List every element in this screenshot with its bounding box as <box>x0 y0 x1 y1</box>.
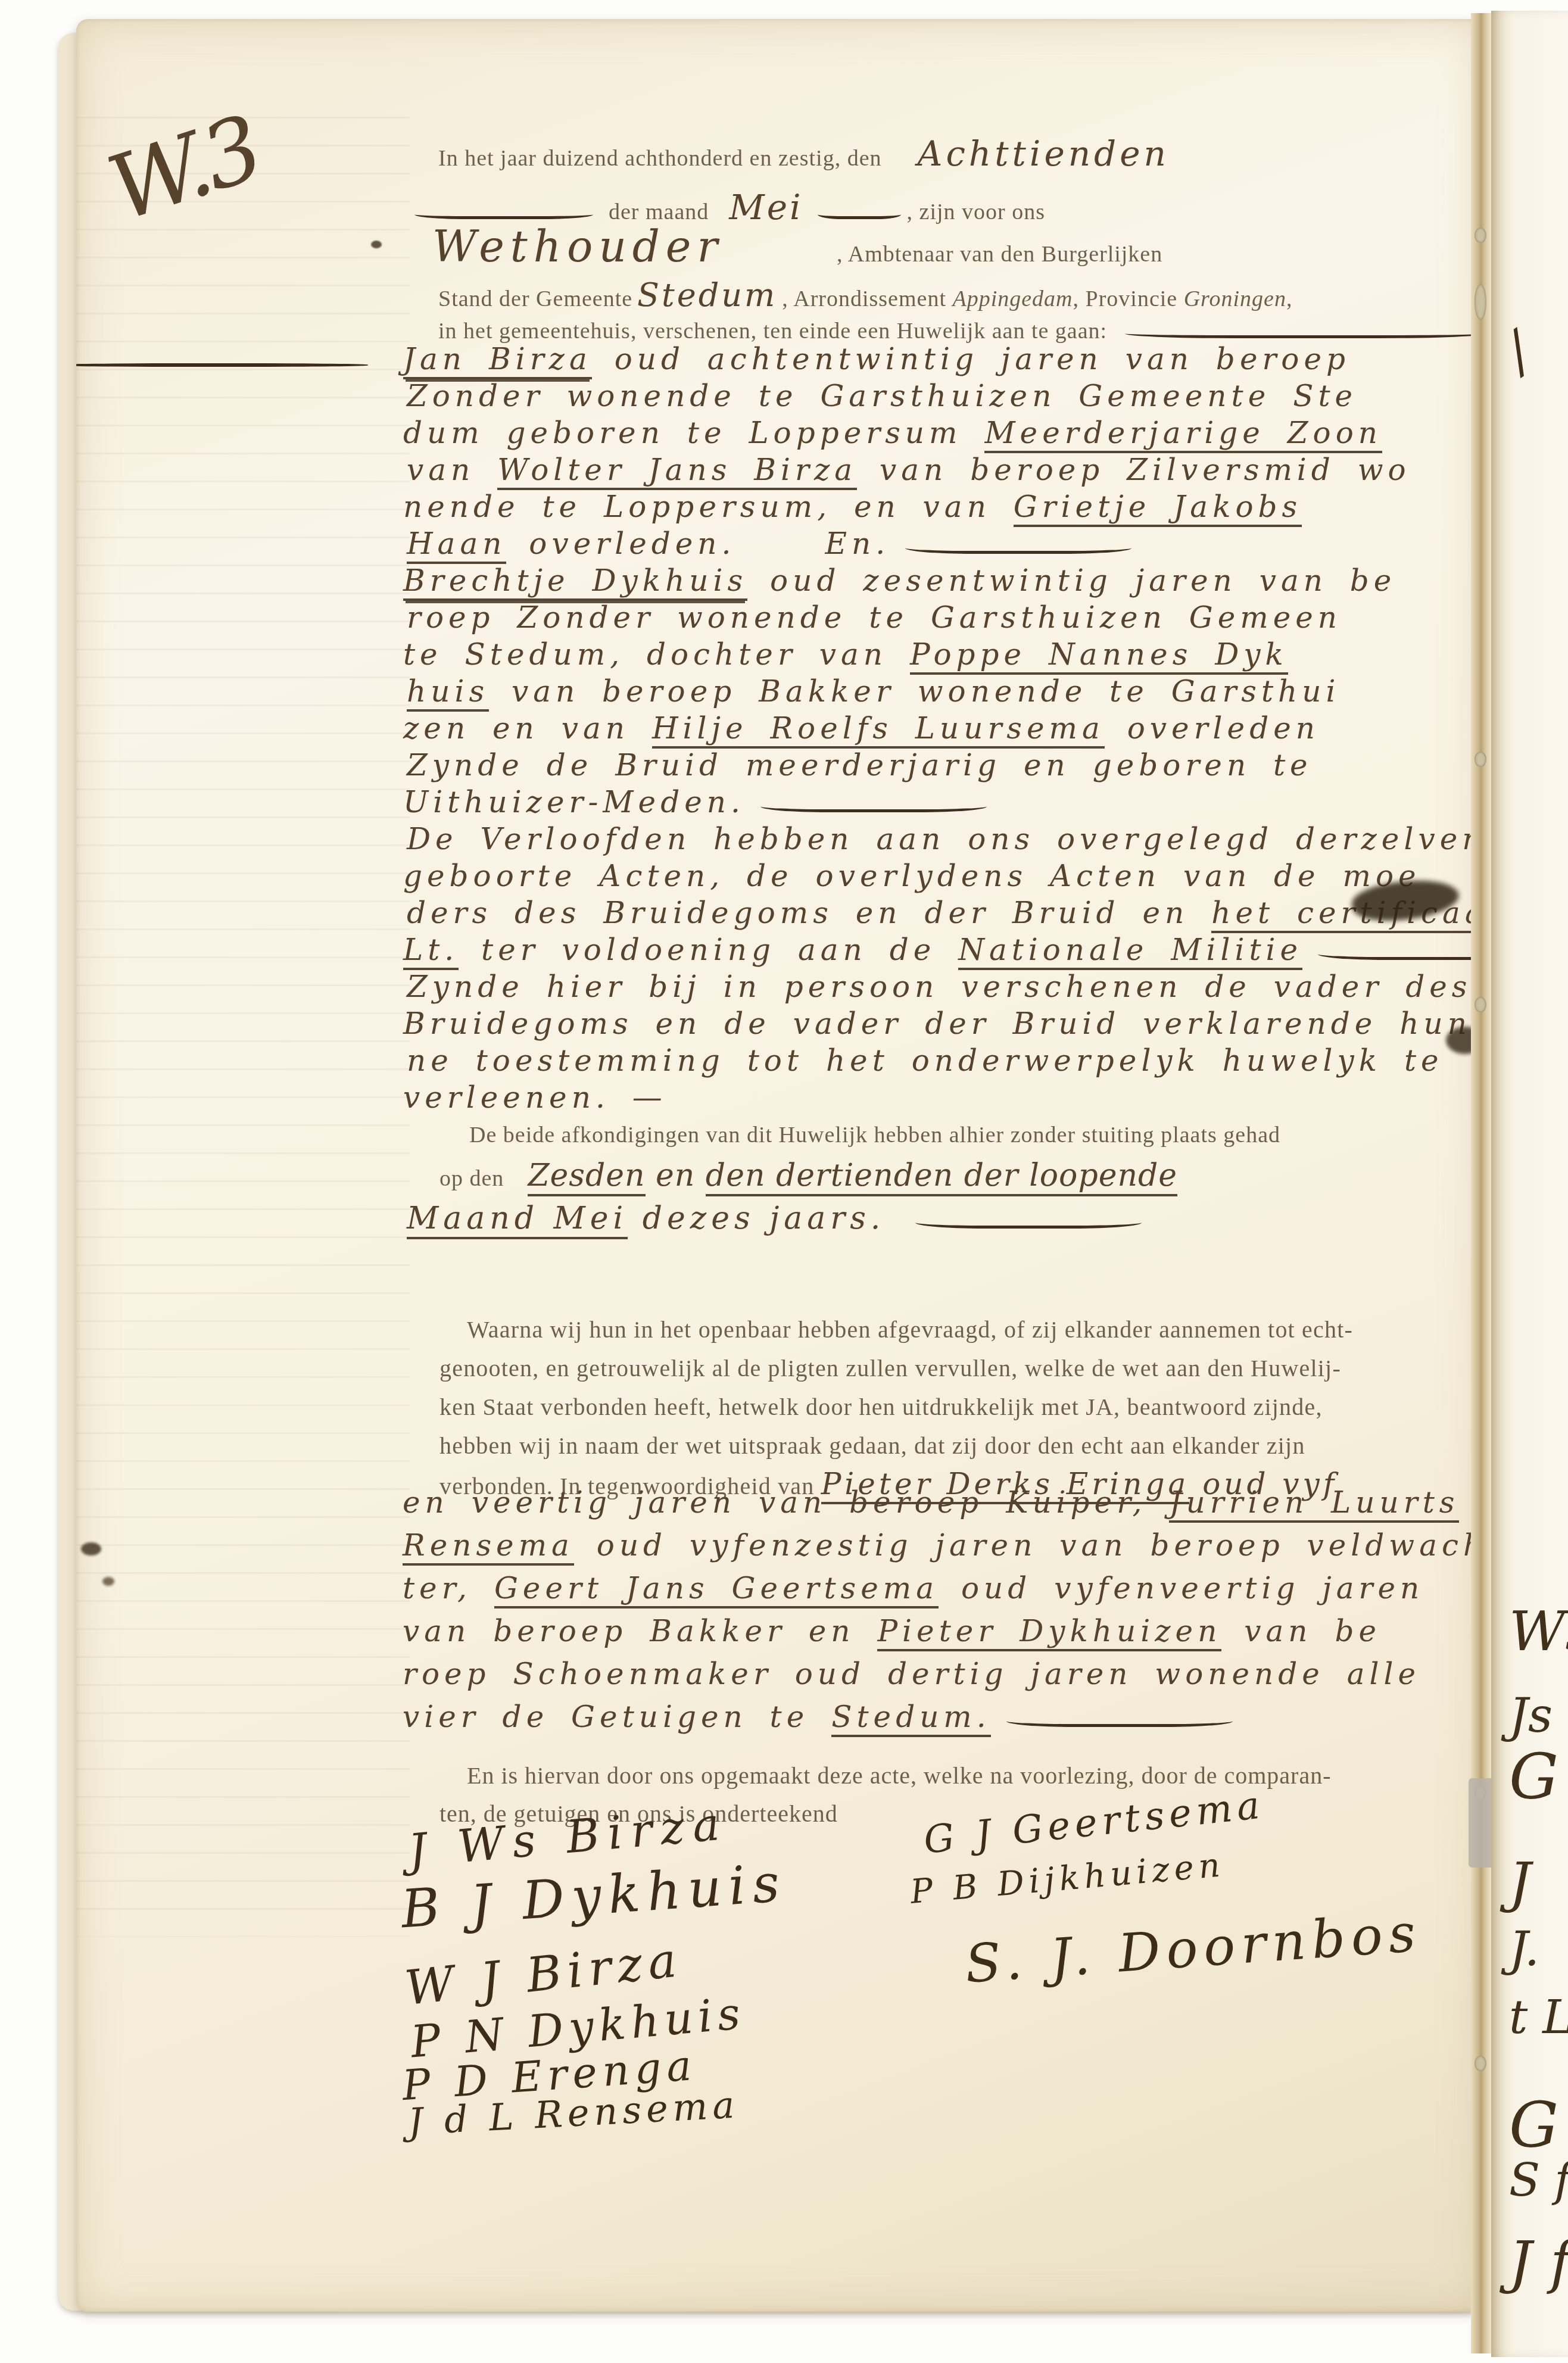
handwritten-line: Zynde de Bruid meerderjarig en geboren t… <box>407 747 1482 784</box>
text-segment: G D <box>1509 1741 1568 1813</box>
signature-fragment: Js <box>1509 1688 1553 1743</box>
text-segment: Ws <box>1509 1600 1568 1663</box>
handwritten-banns-month-line: Maand Mei dezes jaars. <box>407 1201 1142 1236</box>
text-segment: En. <box>825 526 890 561</box>
handwritten-line: vier de Getuigen te Stedum. <box>403 1695 1482 1738</box>
printed-municipality-label: Stand der Gemeente <box>438 286 632 311</box>
ink-spot <box>102 1577 114 1586</box>
blank-rule <box>818 204 901 219</box>
text-segment: S. J. Doornbos <box>963 1901 1423 1994</box>
ink-rule <box>760 793 987 813</box>
marriage-record-page: W.3 In het jaar duizend achthonderd en z… <box>76 19 1482 2312</box>
text-segment: Jan Birza <box>403 342 592 379</box>
text-segment: Grietje Jakobs <box>1014 490 1302 527</box>
text-segment: t L <box>1509 1991 1568 2044</box>
printed-month-label: der maand <box>609 199 709 225</box>
text-segment: ders des Bruidegoms en der Bruid en <box>407 896 1211 930</box>
text-segment: roep Schoenmaker oud dertig jaren wonend… <box>403 1657 1420 1691</box>
text-segment: ∕ <box>1493 321 1544 382</box>
ink-rule <box>905 535 1131 554</box>
handwritten-line: te Stedum, dochter van Poppe Nannes Dyk <box>403 636 1482 673</box>
printed-line: En is hiervan door ons opgemaakt deze ac… <box>467 1757 1482 1795</box>
handwritten-line: nende te Loppersum, en van Grietje Jakob… <box>403 488 1482 525</box>
text-segment: en veertig jaren van beroep Kuiper, <box>403 1485 1169 1520</box>
stitch-mark <box>1475 2056 1486 2071</box>
text-segment: J f <box>1509 2229 1568 2296</box>
printed-year-text: In het jaar duizend achthonderd en zesti… <box>438 146 882 171</box>
ink-rule <box>1125 323 1482 338</box>
printed-line: Waarna wij hun in het openbaar hebben af… <box>467 1310 1482 1349</box>
text-segment: Bruidegoms en de vader der Bruid verklar… <box>403 1006 1472 1041</box>
stitch-mark <box>1475 997 1486 1012</box>
handwritten-line: Brechtje Dykhuis oud zesentwintig jaren … <box>403 562 1482 599</box>
text-segment: Brechtje Dykhuis <box>403 563 747 601</box>
text-segment: Maand Mei <box>407 1201 628 1239</box>
text-segment: ter, <box>403 1571 494 1606</box>
text-segment: overleden <box>1105 711 1320 746</box>
text-segment: Wolter Jans Birza <box>497 453 857 490</box>
signature-fragment: G <box>1509 2089 1558 2162</box>
handwritten-line: ders des Bruidegoms en der Bruid en het … <box>407 894 1482 931</box>
text-segment: hebben wij in naam der wet uitspraak ged… <box>439 1432 1305 1459</box>
handwritten-line: roep Zonder wonende te Garsthuizen Gemee… <box>407 599 1482 636</box>
text-segment: vier de Getuigen te <box>403 1700 831 1734</box>
text-segment: Zonder wonende te Garsthuizen Gemeente S… <box>407 379 1357 413</box>
text-segment: Jurrien Luurts <box>1169 1485 1459 1523</box>
text-segment: van beroep Bakker en <box>403 1614 877 1648</box>
vows-paragraph: Waarna wij hun in het openbaar hebben af… <box>439 1310 1482 1505</box>
handwritten-line: dum geboren te Loppersum Meerderjarige Z… <box>403 414 1482 451</box>
text-segment: van <box>407 453 497 487</box>
signature-fragment: t L <box>1509 1991 1568 2044</box>
signature-fragment: ∕ <box>1493 321 1544 382</box>
signature-fragment: J f <box>1509 2229 1568 2296</box>
printed-line: hebben wij in naam der wet uitspraak ged… <box>439 1426 1482 1465</box>
handwritten-line: Haan overleden.En. <box>407 525 1482 562</box>
handwritten-line: ne toestemming tot het onderwerpelyk huw… <box>407 1042 1482 1079</box>
text-segment: Uithuizer-Meden. <box>403 785 745 819</box>
text-segment: ken Staat verbonden heeft, hetwelk door … <box>439 1394 1323 1420</box>
text-segment: ne toestemming tot het onderwerpelyk huw… <box>407 1043 1444 1078</box>
stitch-mark <box>1475 227 1486 243</box>
text-segment: Nationale Militie <box>958 933 1302 970</box>
text-segment: verleenen. — <box>403 1080 667 1115</box>
handwritten-line: Bruidegoms en de vader der Bruid verklar… <box>403 1005 1482 1042</box>
text-segment: roep Zonder wonende te Garsthuizen Gemee… <box>407 600 1342 635</box>
printed-province-label: , Provincie <box>1073 286 1178 311</box>
text-segment: huis <box>407 674 489 712</box>
banns-date-line: op denZesden en den dertienden der loope… <box>439 1158 1177 1193</box>
text-segment: Haan <box>407 526 506 564</box>
printed-province-name: Groningen <box>1184 286 1286 311</box>
text-segment: J. <box>1509 1921 1539 1977</box>
text-segment: oud vyfenveertig jaren <box>939 1571 1424 1606</box>
signature-fragment: J. <box>1509 1921 1539 1977</box>
text-segment: Pieter Dykhuizen <box>877 1614 1221 1651</box>
text-segment: De Verloofden hebben aan ons overgelegd … <box>407 822 1481 856</box>
text-segment: Zesden <box>528 1158 645 1196</box>
text-segment: Rensema <box>403 1528 574 1566</box>
handwritten-line: geboorte Acten, de overlydens Acten van … <box>403 858 1482 894</box>
text-segment: van be <box>1221 1614 1381 1648</box>
text-segment: Zynde hier bij in persoon verschenen de … <box>407 969 1472 1004</box>
handwritten-line: roep Schoenmaker oud dertig jaren wonend… <box>403 1653 1482 1695</box>
ink-spot <box>81 1542 101 1555</box>
text-segment: Zynde de Bruid meerderjarig en geboren t… <box>407 748 1313 783</box>
facing-page-edge: ∕WsJsG DJJ.t LGS fJ f <box>1491 11 1568 2357</box>
handwritten-line: Lt. ter voldoening aan de Nationale Mili… <box>403 931 1482 968</box>
text-segment: dezes jaars. <box>628 1201 900 1236</box>
handwritten-municipality: Stedum <box>637 276 777 314</box>
printed-registrar-text: , Ambtenaar van den Burgerlijken <box>837 242 1162 267</box>
text-segment: oud zesentwintig jaren van be <box>747 563 1396 598</box>
blank-rule <box>414 204 593 219</box>
signature-fragment: J <box>1509 1851 1531 1915</box>
handwritten-line: van Wolter Jans Birza van beroep Zilvers… <box>407 451 1482 488</box>
signatures-right-column: G J GeertsemaP B DijkhuizenS. J. Doornbo… <box>910 1801 1446 2051</box>
text-segment: Js <box>1509 1688 1553 1743</box>
text-segment: En is hiervan door ons opgemaakt deze ac… <box>467 1762 1331 1789</box>
stitch-mark <box>1475 284 1486 320</box>
text-segment: genooten, en getrouwelijk al de pligten … <box>439 1355 1341 1382</box>
handwritten-act-body: Jan Birza oud achtentwintig jaren van be… <box>407 341 1482 1116</box>
handwritten-witnesses-block: en veertig jaren van beroep Kuiper, Jurr… <box>403 1481 1482 1738</box>
folio-number: W.3 <box>96 96 272 242</box>
text-segment: van beroep Bakker wonende te Garsthui <box>489 674 1340 709</box>
printed-on-the: op den <box>439 1166 504 1191</box>
handwritten-line: ter, Geert Jans Geertsema oud vyfenveert… <box>403 1567 1482 1610</box>
signatures-left-column: J Ws BirzaB J DykhuisW J BirzaP N Dykhui… <box>401 1810 967 2180</box>
header-line-year: In het jaar duizend achthonderd en zesti… <box>438 133 1170 174</box>
text-segment: oud vyfenzestig jaren van beroep veldwac… <box>574 1528 1482 1563</box>
text-segment: Hilje Roelfs Luursema <box>652 711 1105 749</box>
printed-arrondissement-name: Appingedam <box>952 286 1073 311</box>
text-segment: dum geboren te Loppersum <box>403 416 984 450</box>
text-segment: J <box>1509 1851 1531 1915</box>
show-through-ruling <box>76 91 410 1937</box>
text-segment: en <box>646 1158 706 1193</box>
text-segment: Waarna wij hun in het openbaar hebben af… <box>467 1316 1353 1343</box>
header-line-official: Wethouder, Ambtenaar van den Burgerlijke… <box>432 222 1162 272</box>
document-scan: W.3 In het jaar duizend achthonderd en z… <box>0 0 1568 2363</box>
printed-banns-text: De beide afkondigingen van dit Huwelijk … <box>469 1123 1280 1148</box>
text-segment: zen en van <box>403 711 652 746</box>
signature: S. J. Doornbos <box>963 1901 1423 1994</box>
text-segment: Meerderjarige Zoon <box>984 416 1382 453</box>
handwritten-line: Zynde hier bij in persoon verschenen de … <box>407 968 1482 1005</box>
handwritten-line: zen en van Hilje Roelfs Luursema overled… <box>403 710 1482 747</box>
printed-comma: , <box>1286 286 1293 311</box>
text-segment: Stedum. <box>831 1700 990 1737</box>
printed-arrondissement-label: , Arrondissement <box>782 286 946 311</box>
handwritten-line: verleenen. — <box>403 1079 1482 1116</box>
printed-before-us: , zijn voor ons <box>907 199 1045 225</box>
text-segment: Poppe Nannes Dyk <box>910 637 1288 675</box>
text-segment: te Stedum, dochter van <box>403 637 910 672</box>
text-segment: ter voldoening aan de <box>459 933 958 967</box>
signature-fragment: S f <box>1509 2153 1568 2206</box>
stitch-mark <box>1475 752 1486 767</box>
handwritten-line: van beroep Bakker en Pieter Dykhuizen va… <box>403 1610 1482 1653</box>
text-segment: den dertienden der loopende <box>706 1158 1177 1196</box>
handwritten-line: Rensema oud vyfenzestig jaren van beroep… <box>403 1524 1482 1567</box>
text-segment: G <box>1509 2089 1558 2162</box>
handwritten-line: De Verloofden hebben aan ons overgelegd … <box>407 821 1482 858</box>
handwritten-line: Zonder wonende te Garsthuizen Gemeente S… <box>407 378 1482 414</box>
handwritten-official-title: Wethouder <box>432 222 724 272</box>
ink-rule <box>915 1208 1142 1229</box>
printed-line: ken Staat verbonden heeft, hetwelk door … <box>439 1388 1482 1426</box>
ink-rule <box>1006 1708 1233 1728</box>
text-segment: geboorte Acten, de overlydens Acten van … <box>403 859 1421 893</box>
ink-rule <box>1318 941 1482 961</box>
handwritten-banns-dates: Zesden en den dertienden der loopende <box>528 1158 1177 1193</box>
text-segment: van beroep Zilversmid wo <box>857 453 1410 487</box>
text-segment: Geert Jans Geertsema <box>494 1571 939 1608</box>
header-line-municipality: Stand der GemeenteStedum, Arrondissement… <box>438 276 1292 314</box>
handwritten-line: Jan Birza oud achtentwintig jaren van be… <box>403 341 1482 378</box>
text-segment: S f <box>1509 2153 1568 2206</box>
printed-line: genooten, en getrouwelijk al de pligten … <box>439 1349 1482 1388</box>
handwritten-line: Uithuizer-Meden. <box>403 784 1482 821</box>
text-segment: Lt. <box>403 933 459 970</box>
text-segment: overleden. <box>506 526 735 561</box>
signature-fragment: G D <box>1509 1741 1568 1813</box>
signature-fragment: Ws <box>1509 1600 1568 1663</box>
ink-spot <box>371 241 382 248</box>
text-segment: oud achtentwintig jaren van beroep <box>592 342 1350 376</box>
banns-printed-line: De beide afkondigingen van dit Huwelijk … <box>469 1122 1280 1148</box>
handwritten-line: huis van beroep Bakker wonende te Garsth… <box>407 673 1482 710</box>
text-segment: nende te Loppersum, en van <box>403 490 1014 524</box>
binding-seam <box>1471 13 1491 2353</box>
folio-underline-rule <box>76 363 368 367</box>
handwritten-line: en veertig jaren van beroep Kuiper, Jurr… <box>403 1481 1482 1524</box>
handwritten-day: Achttienden <box>918 133 1170 174</box>
